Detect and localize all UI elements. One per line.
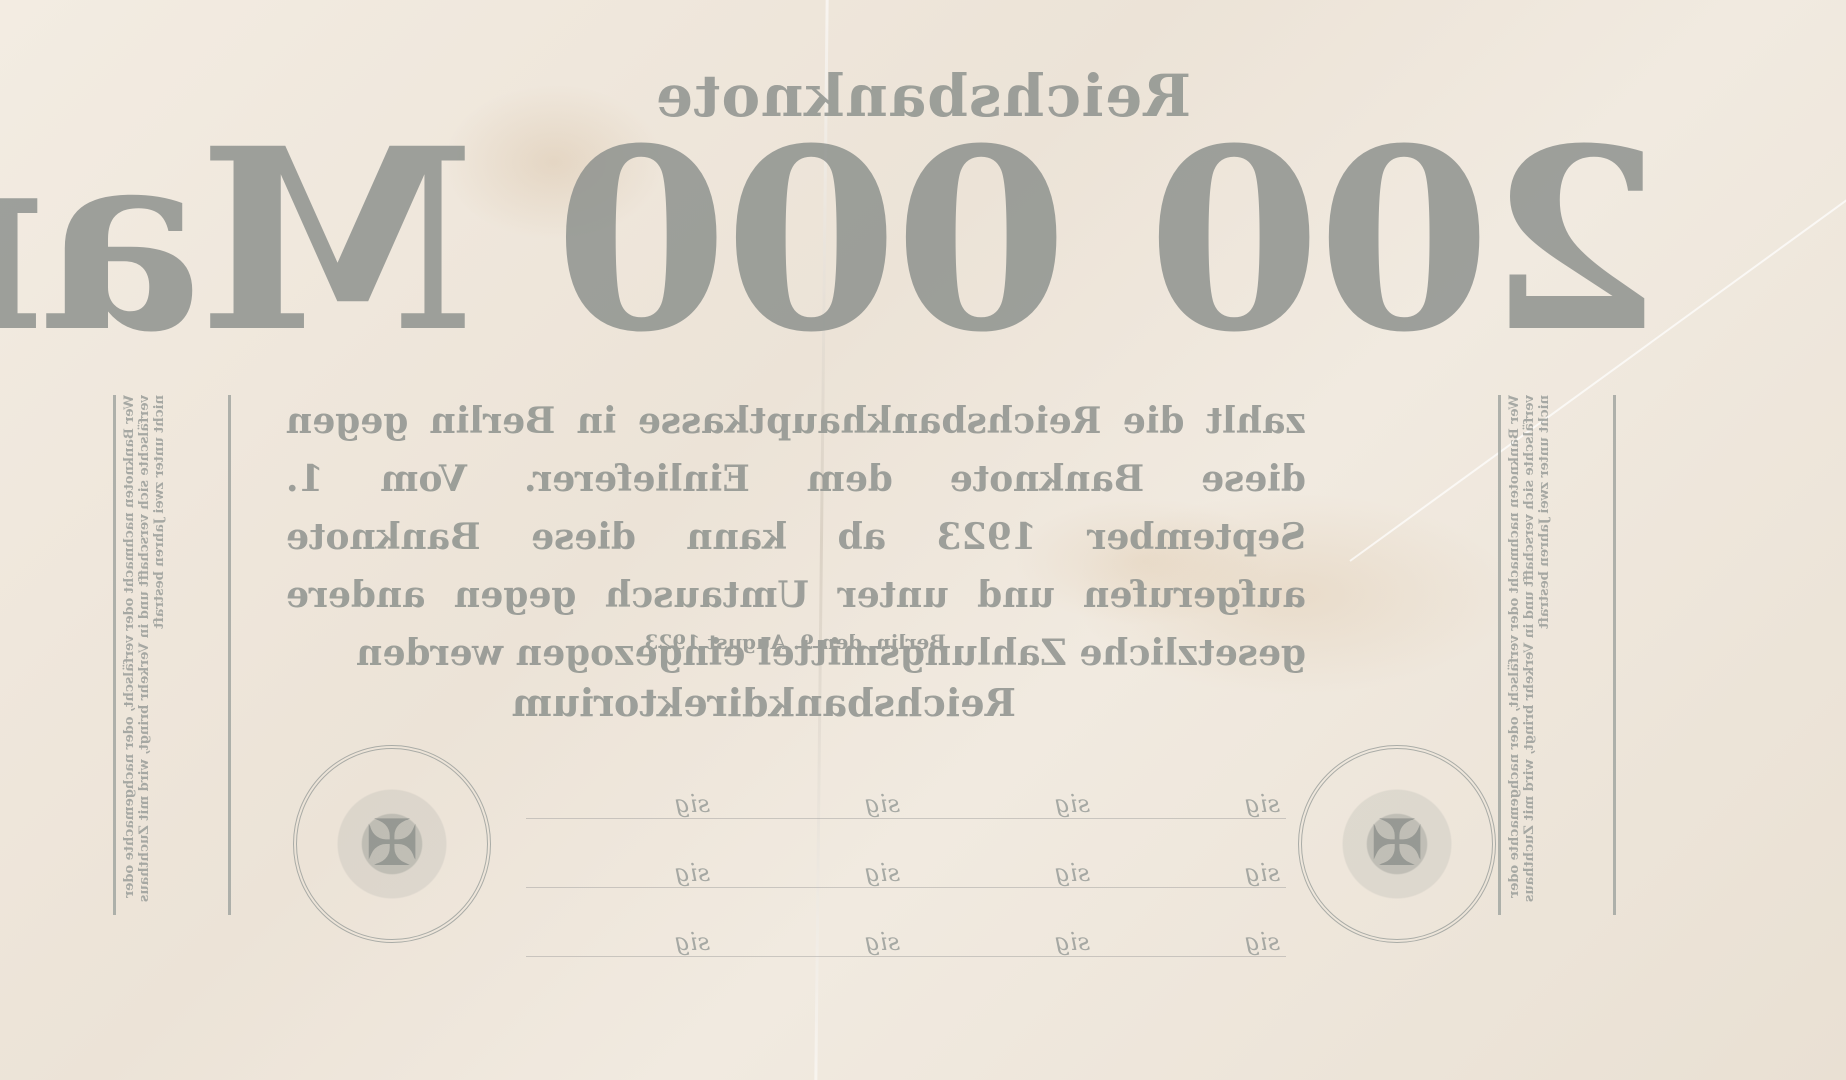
signature: sig [1096,790,1286,819]
signature: sig [906,790,1096,819]
signature: sig [526,790,716,819]
signature: sig [716,928,906,957]
date-line: Berlin, den 9. August 1923 [644,630,946,654]
side-text-right: Wer Banknoten nachmacht oder verfälscht,… [113,395,231,915]
banknote-paper: Reichsbanknote 200 000 Mark Wer Banknote… [0,0,1846,1080]
signature: sig [716,790,906,819]
signature: sig [716,859,906,888]
mirrored-print: Reichsbanknote 200 000 Mark Wer Banknote… [0,0,1846,1080]
signature-block: sig sig sig sig sig sig sig sig sig sig … [526,790,1286,957]
signature: sig [1096,859,1286,888]
eagle-seal-icon: ✠ [1298,745,1496,943]
signatory-title: Reichsbankdirektorium [512,680,1016,725]
signature: sig [906,928,1096,957]
signature: sig [906,859,1096,888]
denomination: 200 000 Mark [141,115,1661,365]
signature: sig [526,859,716,888]
eagle-seal-icon: ✠ [293,745,491,943]
signature: sig [526,928,716,957]
signature: sig [1096,928,1286,957]
side-text-left: Wer Banknoten nachmacht oder verfälscht,… [1498,395,1616,915]
